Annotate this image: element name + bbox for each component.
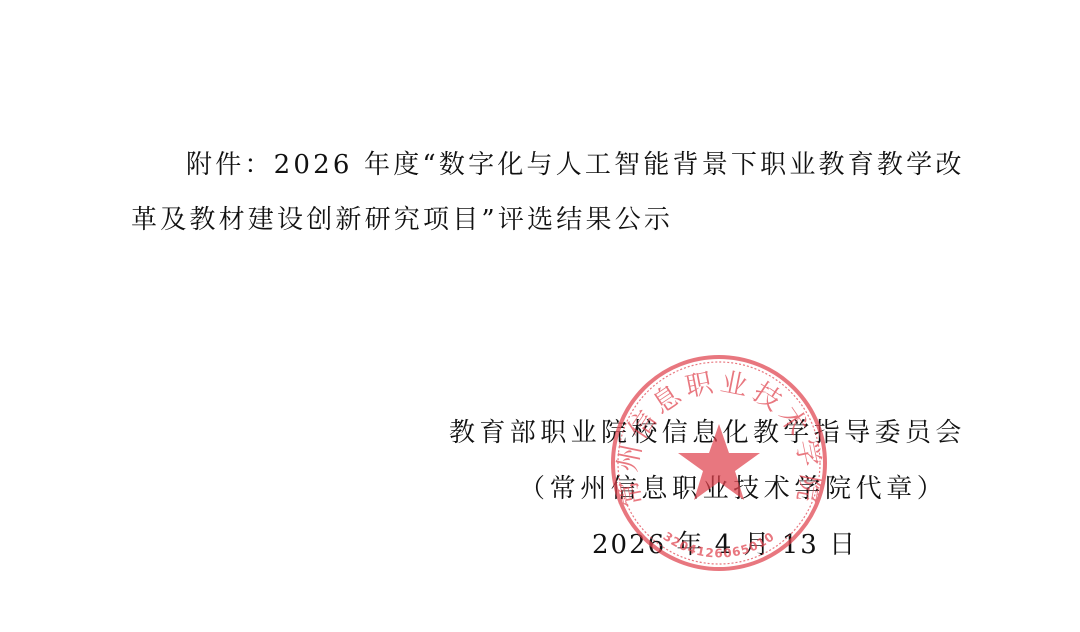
- title-line-1: 附件：2026 年度“数字化与人工智能背景下职业教育教学改: [186, 150, 965, 180]
- signature-organization: 教育部职业院校信息化教学指导委员会: [449, 418, 966, 448]
- title-line-2: 革及教材建设创新研究项目”评选结果公示: [131, 205, 673, 235]
- signature-date: 2026 年 4 月 13 日: [592, 530, 857, 560]
- signature-proxy-seal-note: （常州信息职业技术学院代章）: [519, 474, 947, 504]
